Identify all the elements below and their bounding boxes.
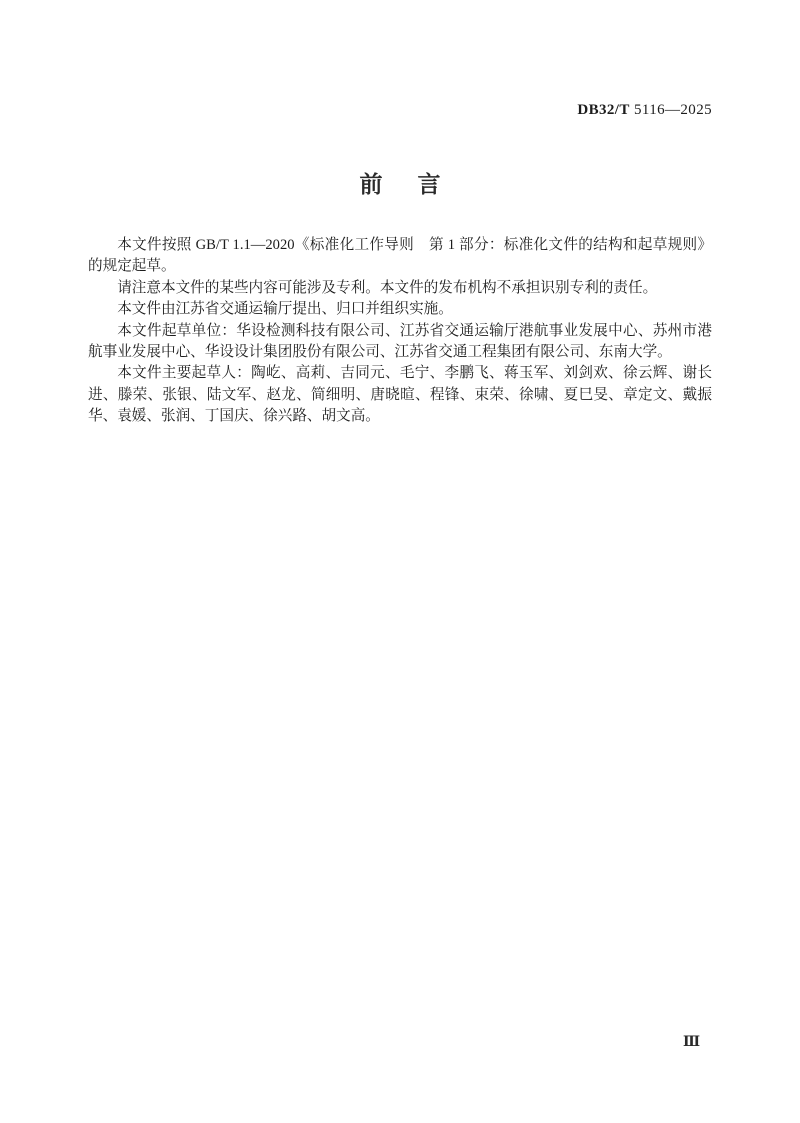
foreword-body: 本文件按照 GB/T 1.1—2020《标准化工作导则 第 1 部分：标准化文件… xyxy=(88,235,712,428)
page-footer: Ⅲ xyxy=(88,1034,712,1051)
page-header: DB32/T 5116—2025 xyxy=(88,102,712,119)
foreword-paragraph-issuing-body: 本文件由江苏省交通运输厅提出、归口并组织实施。 xyxy=(88,299,712,320)
page-title: 前 言 xyxy=(0,166,800,199)
document-page: DB32/T 5116—2025 前 言 本文件按照 GB/T 1.1—2020… xyxy=(0,0,800,1123)
foreword-paragraph-drafters: 本文件主要起草人：陶屹、高莉、吉同元、毛宁、李鹏飞、蒋玉军、刘剑欢、徐云辉、谢长… xyxy=(88,363,712,427)
standard-code-number: 5116—2025 xyxy=(630,102,712,118)
foreword-paragraph-drafting-organizations: 本文件起草单位：华设检测科技有限公司、江苏省交通运输厅港航事业发展中心、苏州市港… xyxy=(88,321,712,364)
foreword-paragraph-patent-notice: 请注意本文件的某些内容可能涉及专利。本文件的发布机构不承担识别专利的责任。 xyxy=(88,278,712,299)
standard-code-prefix: DB32/T xyxy=(577,102,629,118)
foreword-paragraph-basis: 本文件按照 GB/T 1.1—2020《标准化工作导则 第 1 部分：标准化文件… xyxy=(88,235,712,278)
page-number: Ⅲ xyxy=(683,1035,700,1050)
